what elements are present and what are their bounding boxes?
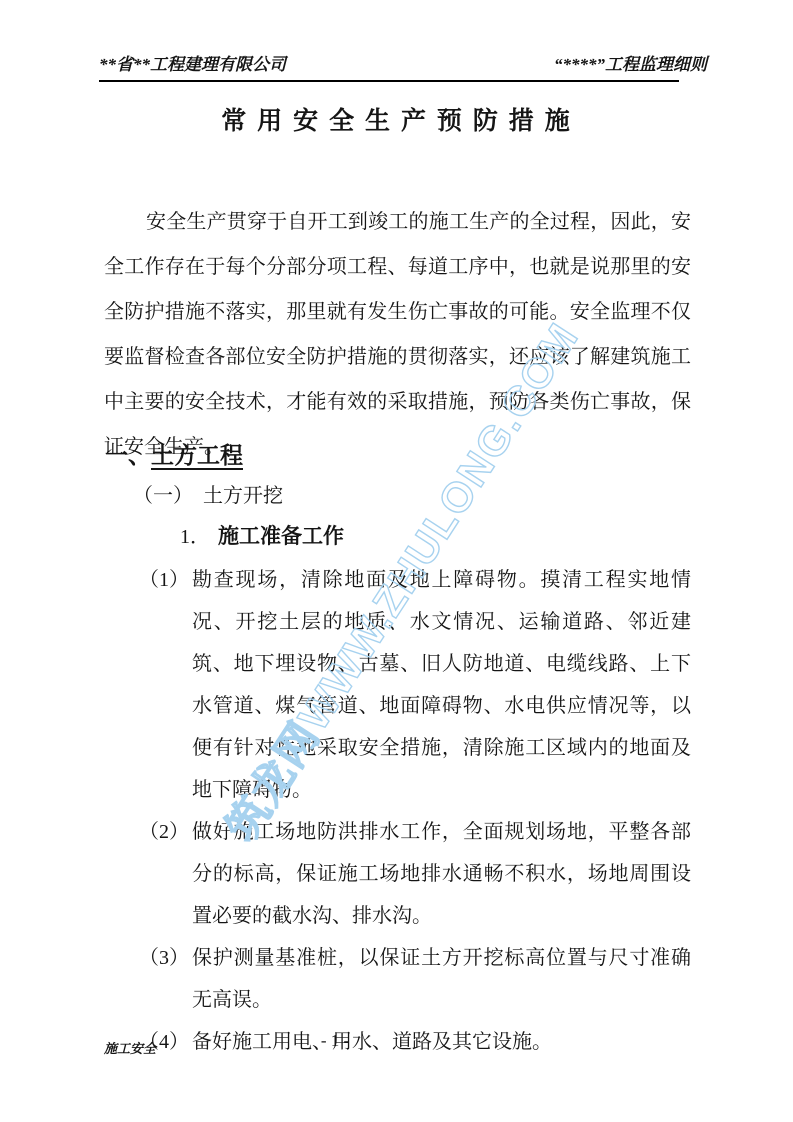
subsubsection-number: 1． [180, 526, 210, 548]
subsubsection-title: 施工准备工作 [218, 525, 344, 548]
subsection-number: （一） [133, 485, 193, 507]
list-item-marker: （1） [139, 559, 192, 601]
subsection-heading-excavation: （一）土方开挖 [133, 479, 283, 508]
page-title: 常 用 安 全 生 产 预 防 措 施 [0, 101, 793, 137]
subsection-title: 土方开挖 [203, 485, 283, 507]
header-rule [99, 80, 679, 82]
list-item-marker: （3） [139, 937, 192, 979]
list-item: （3） 保护测量基准桩，以保证土方开挖标高位置与尺寸准确无高误。 [139, 937, 691, 1021]
list-item-text: 做好施工场地防洪排水工作，全面规划场地，平整各部分的标高，保证施工场地排水通畅不… [192, 811, 691, 937]
list-item-text: 勘查现场，清除地面及地上障碍物。摸清工程实地情况、开挖土层的地质、水文情况、运输… [192, 559, 691, 811]
list-item: （2） 做好施工场地防洪排水工作，全面规划场地，平整各部分的标高，保证施工场地排… [139, 811, 691, 937]
subsubsection-heading-preparation: 1．施工准备工作 [180, 520, 344, 550]
intro-paragraph: 安全生产贯穿于自开工到竣工的施工生产的全过程，因此，安全工作存在于每个分部分项工… [104, 200, 691, 470]
header-doc-type: “****”工程监理细则 [554, 50, 707, 75]
footer-page-number: - 1 - [0, 1031, 670, 1051]
section-number: 一、 [105, 442, 151, 468]
document-page: 筑龙网WWW.ZHULONG.COM **省**工程建理有限公司 “****”工… [0, 0, 793, 1122]
section-title: 土方工程 [151, 442, 243, 468]
list-item: （1） 勘查现场，清除地面及地上障碍物。摸清工程实地情况、开挖土层的地质、水文情… [139, 559, 691, 811]
list-item-marker: （2） [139, 811, 192, 853]
list-item-text: 保护测量基准桩，以保证土方开挖标高位置与尺寸准确无高误。 [192, 937, 691, 1021]
header-company-name: **省**工程建理有限公司 [99, 50, 286, 75]
page-header: **省**工程建理有限公司 “****”工程监理细则 [99, 50, 707, 75]
section-heading-earthwork: 一、土方工程 [105, 437, 243, 470]
numbered-list: （1） 勘查现场，清除地面及地上障碍物。摸清工程实地情况、开挖土层的地质、水文情… [139, 559, 691, 1063]
